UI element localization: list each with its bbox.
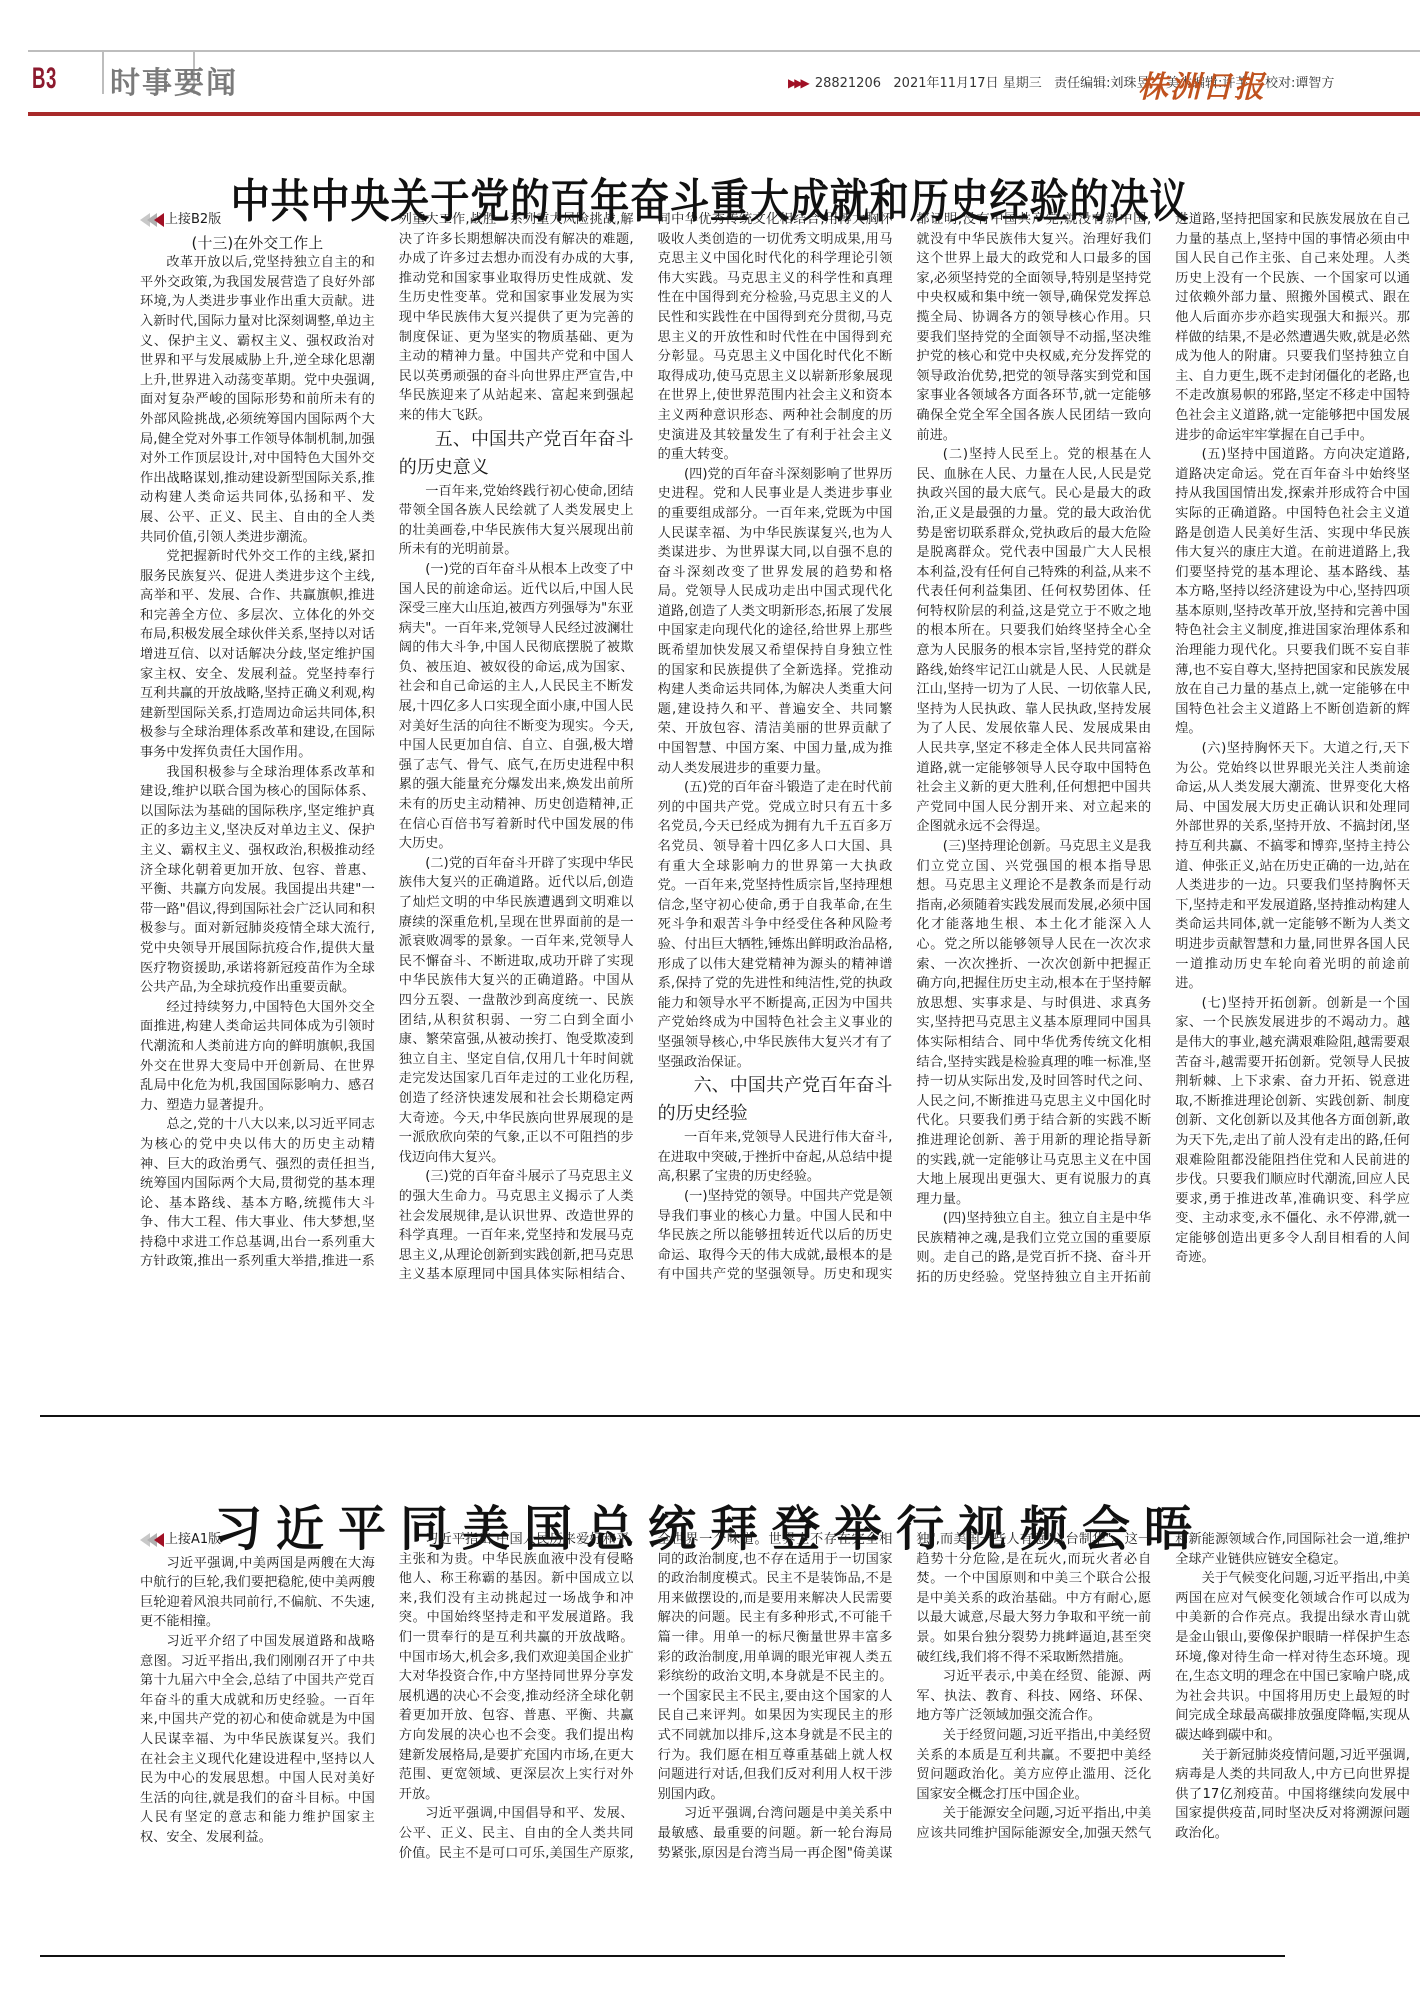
section-title: 时事要闻 <box>110 58 238 102</box>
paragraph: 经过持续努力,中国特色大国外交全面推进,构建人类命运共同体成为引领时代潮流和人类… <box>140 998 375 1116</box>
section-heading: 六、中国共产党百年奋斗的历史经验 <box>658 1072 893 1128</box>
paragraph: 习近平介绍了中国发展道路和战略意图。习近平指出,我们刚刚召开了中共第十九届六中全… <box>140 1632 375 1848</box>
chevron-left-icon <box>140 1533 161 1547</box>
issue-date: 2021年11月17日 星期三 <box>893 76 1041 91</box>
paragraph: (一)党的百年奋斗从根本上改变了中国人民的前途命运。近代以后,中国人民深受三座大… <box>399 560 634 854</box>
paragraph: 关于新冠肺炎疫情问题,习近平强调,病毒是人类的共同敌人,中方已向世界提供了17亿… <box>1175 1746 1410 1844</box>
masthead-divider <box>102 50 104 94</box>
section-heading: 五、中国共产党百年奋斗的历史意义 <box>399 426 634 482</box>
paragraph: 关于经贸问题,习近平指出,中美经贸关系的本质是互利共赢。不要把中美经贸问题政治化… <box>916 1726 1151 1804</box>
paragraph: 关于气候变化问题,习近平指出,中美两国在应对气候变化领域合作可以成为中美新的合作… <box>1175 1569 1410 1745</box>
article-body-video-meeting: 上接A1版 习近平强调,中美两国是两艘在大海中航行的巨轮,我们要把稳舵,使中美两… <box>140 1530 1410 1875</box>
subsection-heading: (十三)在外交工作上 <box>140 234 375 254</box>
page-masthead: B3 时事要闻 ▶▶▶ 28821206 2021年11月17日 星期三 责任编… <box>28 50 1420 94</box>
page-number: B3 <box>32 62 57 96</box>
paragraph: 习近平指出,中国人民历来爱好和平,主张和为贵。中华民族血液中没有侵略他人、称王称… <box>399 1530 634 1804</box>
paragraph: (四)党的百年奋斗深刻影响了世界历史进程。党和人民事业是人类进步事业的重要组成部… <box>658 465 893 779</box>
paragraph: (五)党的百年奋斗锻造了走在时代前列的中国共产党。党成立时只有五十多名党员,今天… <box>658 778 893 1072</box>
paragraph: 我国积极参与全球治理体系改革和建设,维护以联合国为核心的国际体系、以国际法为基础… <box>140 763 375 998</box>
continued-from-marker[interactable]: 上接A1版 <box>140 1530 375 1550</box>
responsible-editor: 责任编辑:刘珠昱 <box>1054 76 1149 91</box>
continued-from-marker[interactable]: 上接B2版 <box>140 210 375 230</box>
paragraph: (五)坚持中国道路。方向决定道路,道路决定命运。党在百年奋斗中始终坚持从我国国情… <box>1175 445 1410 739</box>
paragraph: 一百年来,党始终践行初心使命,团结带领全国各族人民绘就了人类发展史上的壮美画卷,… <box>399 482 634 560</box>
paragraph: (二)坚持人民至上。党的根基在人民、血脉在人民、力量在人民,人民是党执政兴国的最… <box>916 445 1151 837</box>
paragraph: (二)党的百年奋斗开辟了实现中华民族伟大复兴的正确道路。近代以后,创造了灿烂文明… <box>399 854 634 1168</box>
continued-from-label: 上接A1版 <box>165 1530 221 1550</box>
newspaper-logo: 株洲日报 <box>1138 62 1266 106</box>
chevron-left-icon <box>140 213 161 227</box>
paragraph: 党把握新时代外交工作的主线,紧扣服务民族复兴、促进人类进步这个主线,高举和平、发… <box>140 547 375 763</box>
article-separator-rule <box>40 1415 1420 1417</box>
masthead-red-rule <box>28 112 1420 116</box>
hotline-number: 28821206 <box>815 76 881 91</box>
bottom-rule <box>40 1955 1285 1957</box>
paragraph: (七)坚持开拓创新。创新是一个国家、一个民族发展进步的不竭动力。越是伟大的事业,… <box>1175 994 1410 1268</box>
paragraph: 一百年来,党领导人民进行伟大奋斗,在进取中突破,于挫折中奋起,从总结中提高,积累… <box>658 1128 893 1187</box>
paragraph: (三)坚持理论创新。马克思主义是我们立党立国、兴党强国的根本指导思想。马克思主义… <box>916 837 1151 1209</box>
paragraph: (六)坚持胸怀天下。大道之行,天下为公。党始终以世界眼光关注人类前途命运,从人类… <box>1175 739 1410 994</box>
proofreader: 校对:谭智方 <box>1265 76 1334 91</box>
article-body-resolution: 上接B2版 (十三)在外交工作上 改革开放以后,党坚持独立自主的和平外交政策,为… <box>140 210 1410 1290</box>
triple-arrow-icon: ▶▶▶ <box>788 76 807 90</box>
masthead-top-rule <box>28 50 1420 52</box>
paragraph: 习近平强调,中美两国是两艘在大海中航行的巨轮,我们要把稳舵,使中美两艘巨轮迎着风… <box>140 1554 375 1632</box>
continued-from-label: 上接B2版 <box>165 210 221 230</box>
paragraph: 改革开放以后,党坚持独立自主的和平外交政策,为我国发展营造了良好外部环境,为人类… <box>140 253 375 547</box>
paragraph: 习近平表示,中美在经贸、能源、两军、执法、教育、科技、网络、环保、地方等广泛领域… <box>916 1667 1151 1726</box>
